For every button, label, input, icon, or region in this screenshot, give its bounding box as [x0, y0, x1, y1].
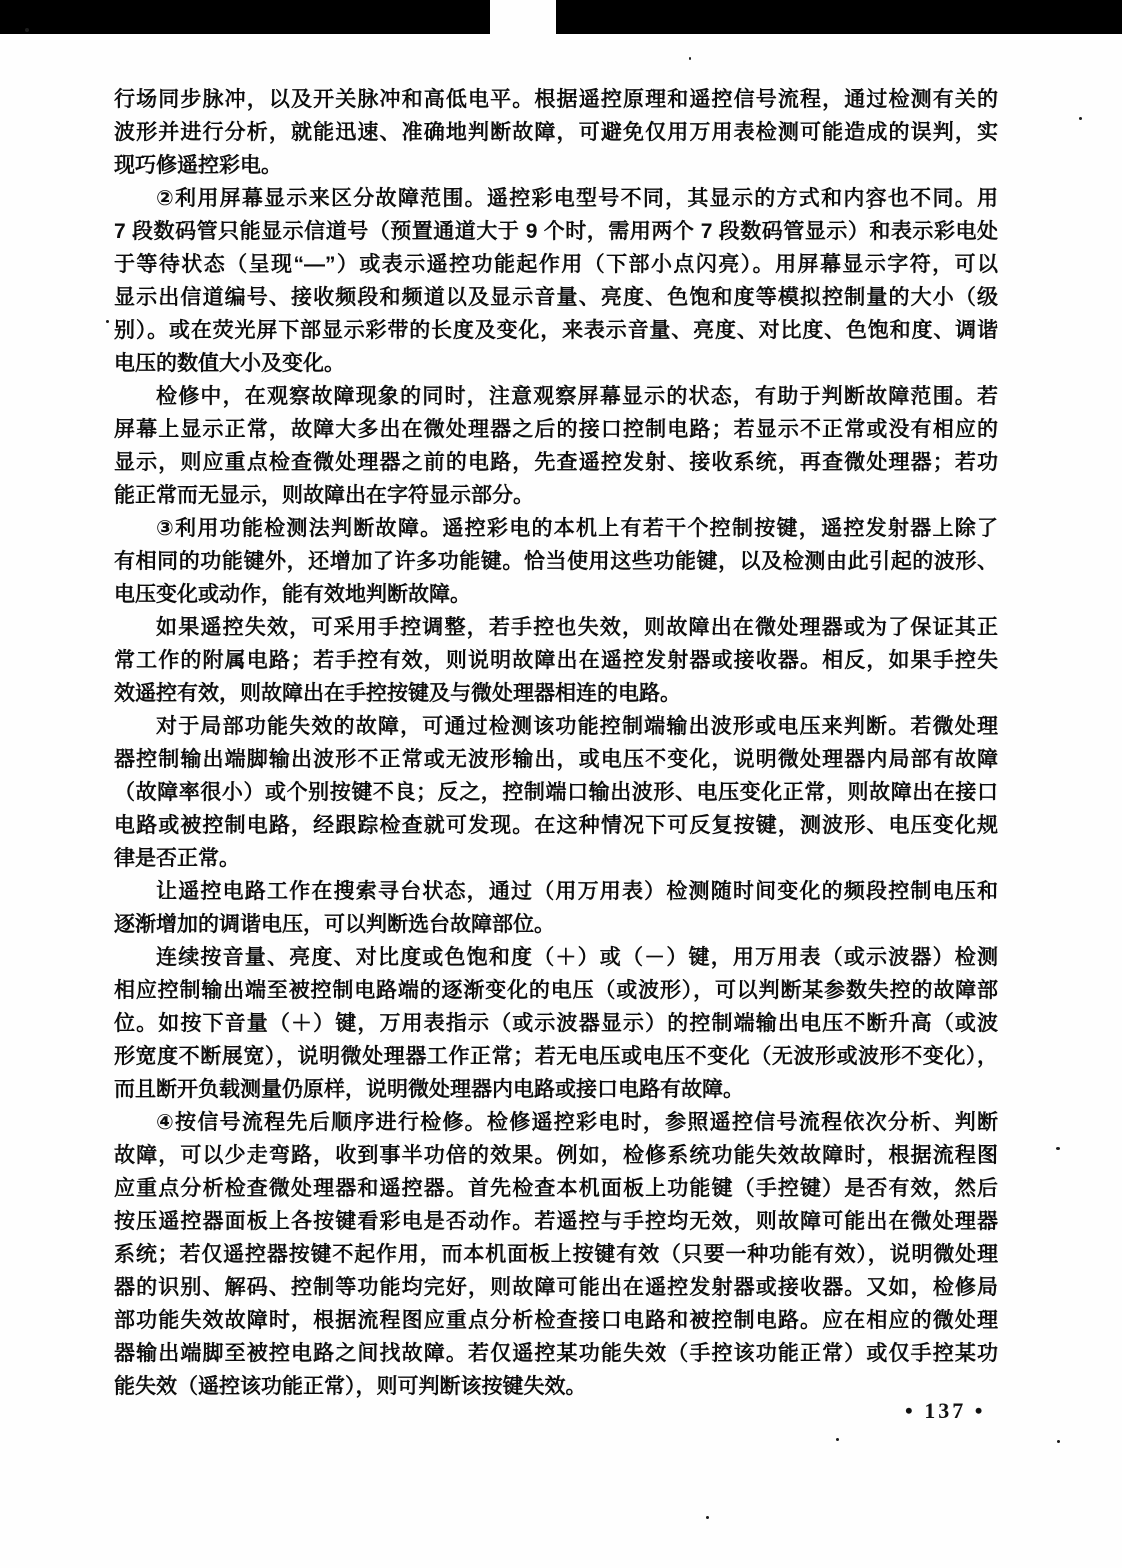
text-line: 相应控制输出端至被控制电路端的逐渐变化的电压（或波形），可以判断某参数失控的故障…: [114, 974, 998, 1007]
scan-speck: [1079, 117, 1082, 120]
page-number: • 137 •: [905, 1398, 1025, 1424]
text-line: 显示出信道编号、接收频段和频道以及显示音量、亮度、色饱和度等模拟控制量的大小（级: [114, 281, 998, 314]
text-line: （故障率很小）或个别按键不良；反之，控制端口输出波形、电压变化正常，则故障出在接…: [114, 776, 998, 809]
text-line: 7 段数码管只能显示信道号（预置通道大于 9 个时，需用两个 7 段数码管显示）…: [114, 215, 998, 248]
scan-artifact-bar-right: [556, 0, 1122, 34]
scan-speck: [106, 320, 109, 323]
text-line: 连续按音量、亮度、对比度或色饱和度（＋）或（－）键，用万用表（或示波器）检测: [114, 941, 998, 974]
text-line: 屏幕上显示正常，故障大多出在微处理器之后的接口控制电路；若显示不正常或没有相应的: [114, 413, 998, 446]
text-line: 位。如按下音量（＋）键，万用表指示（或示波器显示）的控制端输出电压不断升高（或波: [114, 1007, 998, 1040]
scanned-page: 行场同步脉冲，以及开关脉冲和高低电平。根据遥控原理和遥控信号流程，通过检测有关的…: [0, 0, 1122, 1568]
text-line: ④按信号流程先后顺序进行检修。检修遥控彩电时，参照遥控信号流程依次分析、判断: [114, 1106, 998, 1139]
scan-speck: [689, 57, 691, 60]
scan-speck: [836, 1438, 839, 1441]
text-line: 行场同步脉冲，以及开关脉冲和高低电平。根据遥控原理和遥控信号流程，通过检测有关的: [114, 83, 998, 116]
text-line: 按压遥控器面板上各按键看彩电是否动作。若遥控与手控均无效，则故障可能出在微处理器: [114, 1205, 998, 1238]
text-line: 形宽度不断展宽），说明微处理器工作正常；若无电压或电压不变化（无波形或波形不变化…: [114, 1040, 998, 1073]
text-line: 电路或被控制电路，经跟踪检查就可发现。在这种情况下可反复按键，测波形、电压变化规: [114, 809, 998, 842]
text-line: 能正常而无显示，则故障出在字符显示部分。: [114, 479, 998, 512]
text-line: ②利用屏幕显示来区分故障范围。遥控彩电型号不同，其显示的方式和内容也不同。用: [114, 182, 998, 215]
text-line: 器控制输出端脚输出波形不正常或无波形输出，或电压不变化，说明微处理器内局部有故障: [114, 743, 998, 776]
text-line: 器输出端脚至被控电路之间找故障。若仅遥控某功能失效（手控该功能正常）或仅手控某功: [114, 1337, 998, 1370]
text-line: 律是否正常。: [114, 842, 998, 875]
scan-speck: [1057, 1440, 1060, 1443]
text-line: ③利用功能检测法判断故障。遥控彩电的本机上有若干个控制按键，遥控发射器上除了: [114, 512, 998, 545]
page-number-text: • 137 •: [905, 1398, 985, 1423]
text-line: 有相同的功能键外，还增加了许多功能键。恰当使用这些功能键，以及检测由此引起的波形…: [114, 545, 998, 578]
text-line: 如果遥控失效，可采用手控调整，若手控也失效，则故障出在微处理器或为了保证其正: [114, 611, 998, 644]
text-line: 现巧修遥控彩电。: [114, 149, 998, 182]
text-line: 让遥控电路工作在搜索寻台状态，通过（用万用表）检测随时间变化的频段控制电压和: [114, 875, 998, 908]
text-line: 部功能失效故障时，根据流程图应重点分析检查接口电路和被控制电路。应在相应的微处理: [114, 1304, 998, 1337]
scan-artifact-bar-left: [0, 0, 490, 34]
text-line: 电压的数值大小及变化。: [114, 347, 998, 380]
text-line: 能失效（遥控该功能正常），则可判断该按键失效。: [114, 1370, 998, 1403]
scan-speck: [1056, 1147, 1060, 1150]
text-line: 波形并进行分析，就能迅速、准确地判断故障，可避免仅用万用表检测可能造成的误判，实: [114, 116, 998, 149]
text-line: 效遥控有效，则故障出在手控按键及与微处理器相连的电路。: [114, 677, 998, 710]
text-line: 逐渐增加的调谐电压，可以判断选台故障部位。: [114, 908, 998, 941]
text-line: 于等待状态（呈现“—”）或表示遥控功能起作用（下部小点闪亮）。用屏幕显示字符，可…: [114, 248, 998, 281]
text-line: 常工作的附属电路；若手控有效，则说明故障出在遥控发射器或接收器。相反，如果手控失: [114, 644, 998, 677]
text-line: 电压变化或动作，能有效地判断故障。: [114, 578, 998, 611]
scan-speck: [868, 207, 871, 209]
scan-speck: [706, 1516, 709, 1519]
scan-speck: [25, 28, 29, 32]
text-line: 故障，可以少走弯路，收到事半功倍的效果。例如，检修系统功能失效故障时，根据流程图: [114, 1139, 998, 1172]
text-line: 别）。或在荧光屏下部显示彩带的长度及变化，来表示音量、亮度、对比度、色饱和度、调…: [114, 314, 998, 347]
text-line: 显示，则应重点检查微处理器之前的电路，先查遥控发射、接收系统，再查微处理器；若功: [114, 446, 998, 479]
text-line: 而且断开负载测量仍原样，说明微处理器内电路或接口电路有故障。: [114, 1073, 998, 1106]
text-line: 检修中，在观察故障现象的同时，注意观察屏幕显示的状态，有助于判断故障范围。若: [114, 380, 998, 413]
text-line: 系统；若仅遥控器按键不起作用，而本机面板上按键有效（只要一种功能有效），说明微处…: [114, 1238, 998, 1271]
text-line: 应重点分析检查微处理器和遥控器。首先检查本机面板上功能键（手控键）是否有效，然后: [114, 1172, 998, 1205]
text-line: 对于局部功能失效的故障，可通过检测该功能控制端输出波形或电压来判断。若微处理: [114, 710, 998, 743]
text-line: 器的识别、解码、控制等功能均完好，则故障可能出在遥控发射器或接收器。又如，检修局: [114, 1271, 998, 1304]
text-block: 行场同步脉冲，以及开关脉冲和高低电平。根据遥控原理和遥控信号流程，通过检测有关的…: [114, 83, 998, 1403]
